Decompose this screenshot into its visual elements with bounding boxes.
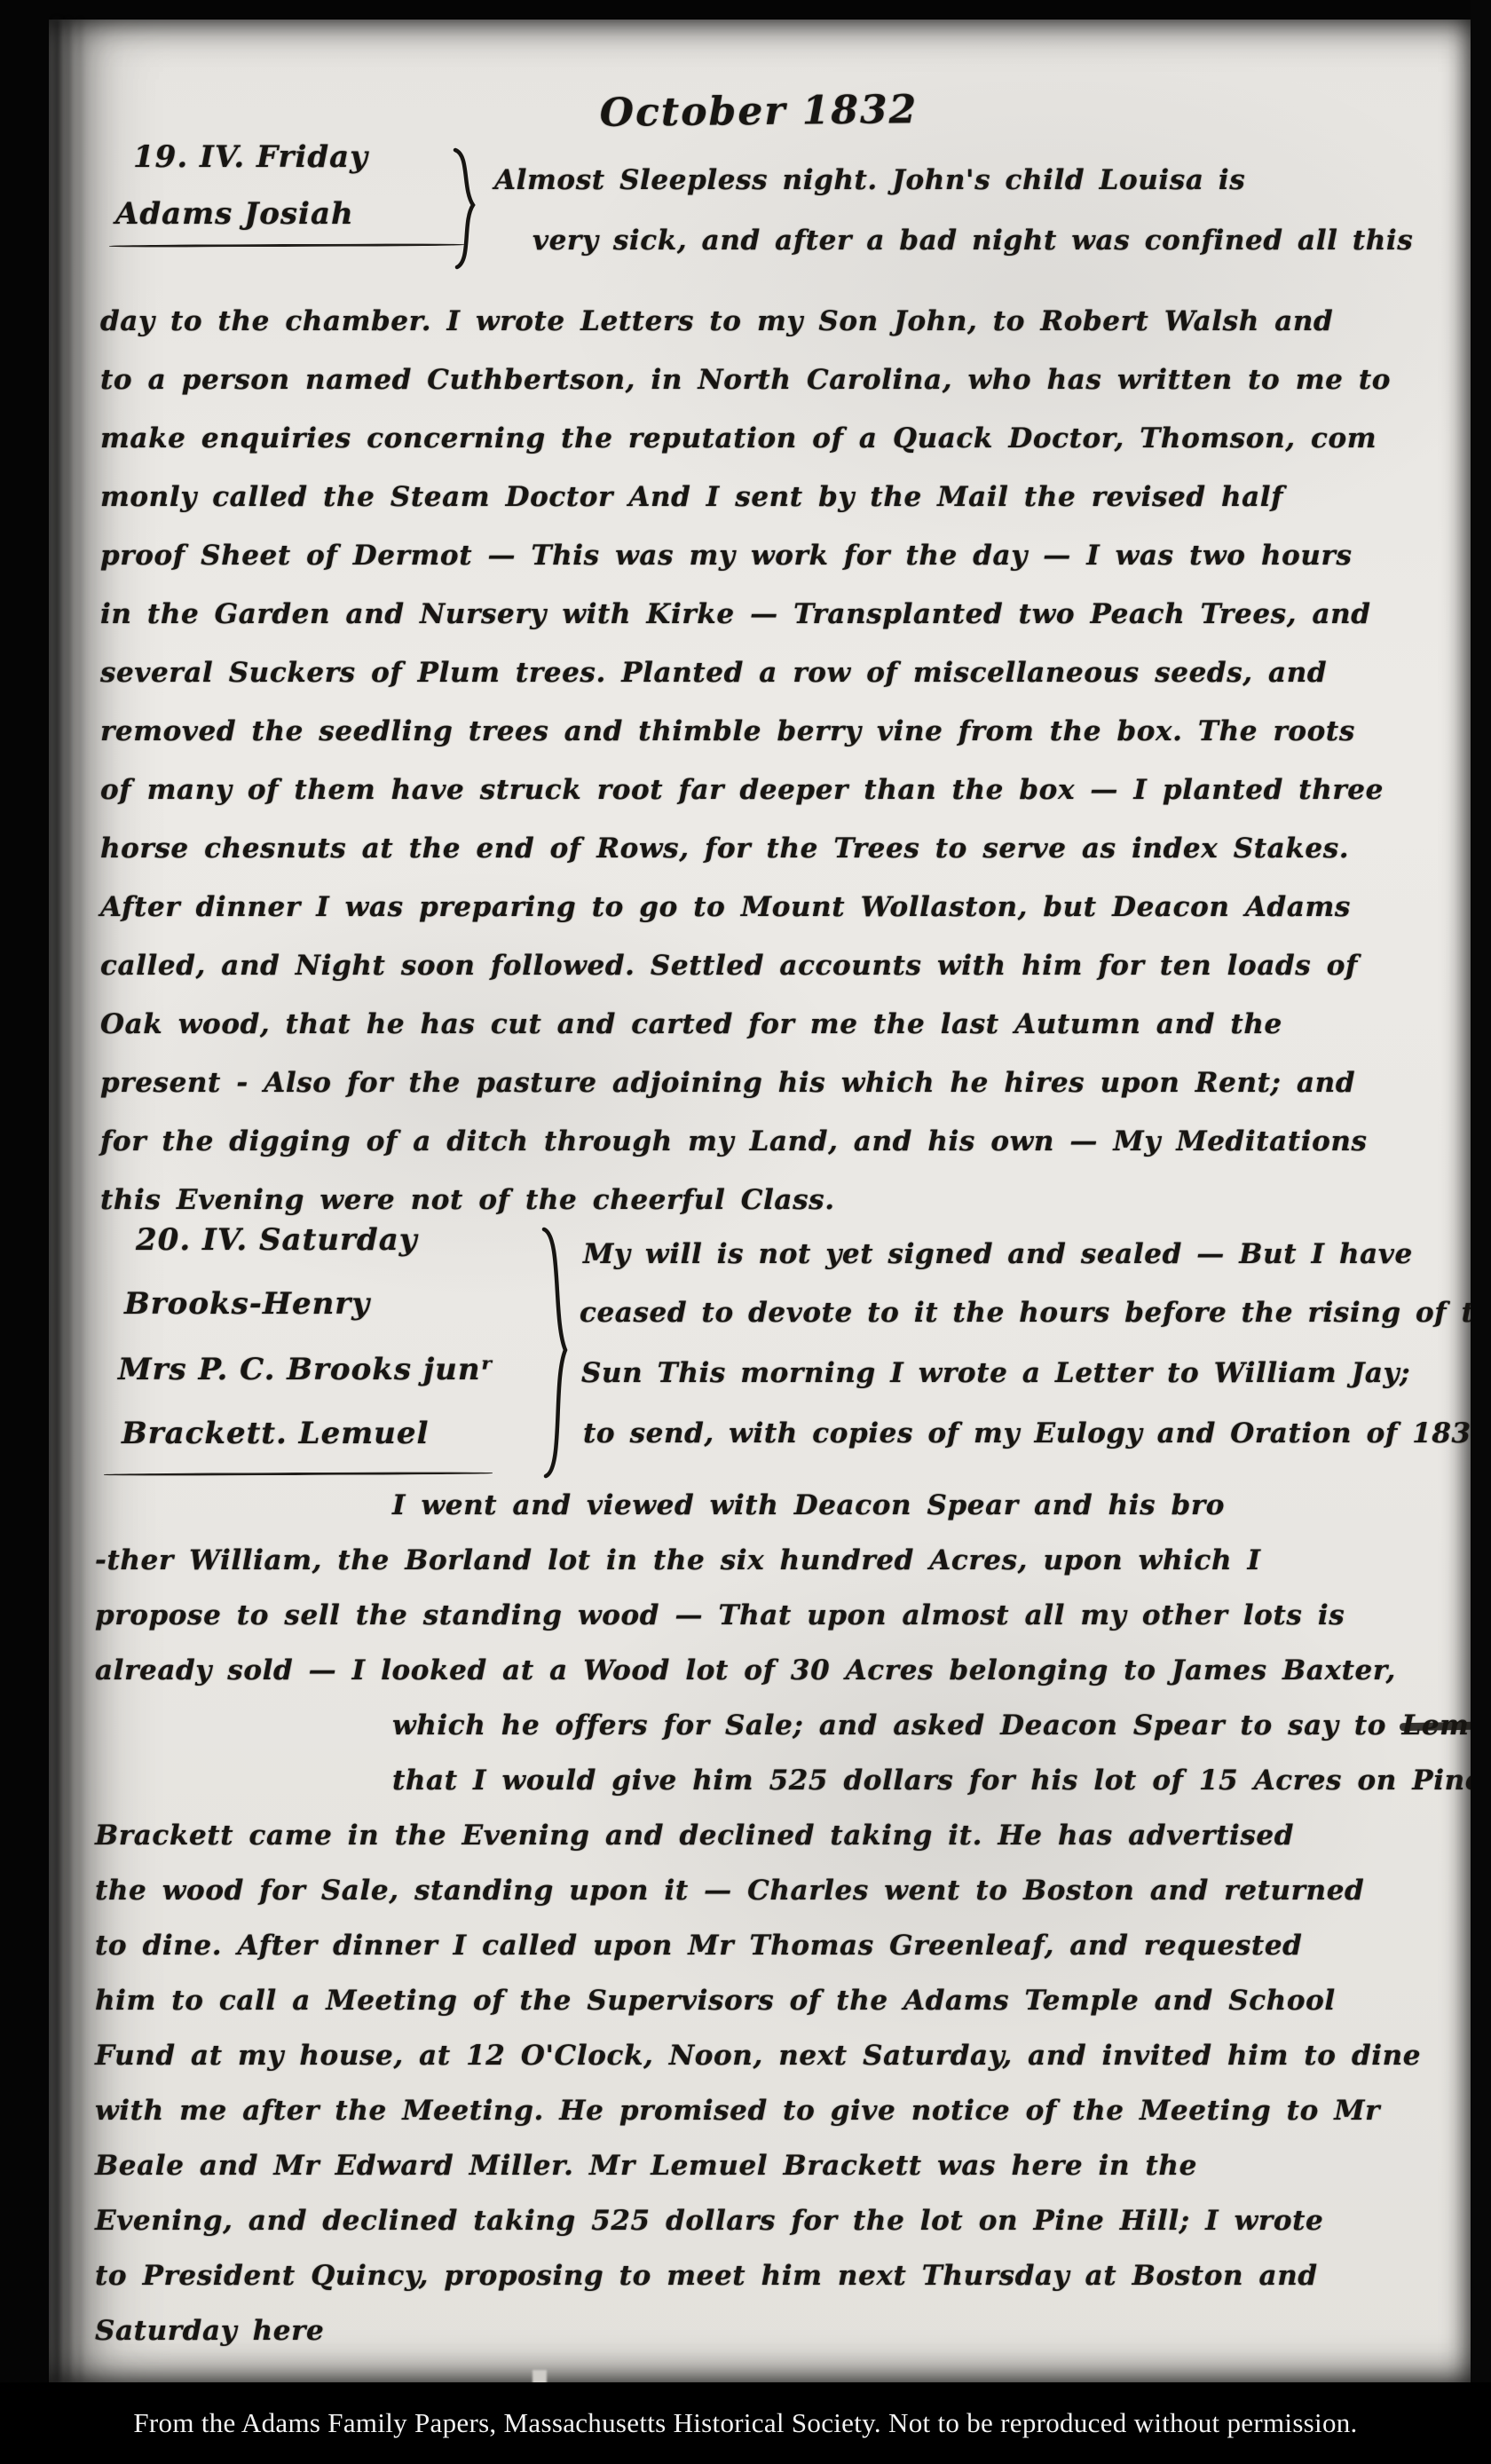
manuscript-line: day to the chamber. I wrote Letters to m… <box>100 292 1414 351</box>
manuscript-line: present - Also for the pasture adjoining… <box>100 1054 1414 1112</box>
manuscript-line: After dinner I was preparing to go to Mo… <box>100 878 1414 936</box>
manuscript-line: this Evening were not of the cheerful Cl… <box>100 1171 1414 1229</box>
diary-entry-oct-20: 20. IV. Saturday Brooks-Henry Mrs P. C. … <box>49 1222 1471 2367</box>
entry-body: that I would give him 525 dollars for hi… <box>95 1753 1408 2358</box>
manuscript-line: in the Garden and Nursery with Kirke — T… <box>100 585 1414 644</box>
manuscript-line: monly called the Steam Doctor And I sent… <box>100 468 1414 526</box>
manuscript-line: proof Sheet of Dermot — This was my work… <box>100 526 1414 585</box>
manuscript-line: Evening, and declined taking 525 dollars… <box>95 2193 1408 2248</box>
manuscript-line: Beale and Mr Edward Miller. Mr Lemuel Br… <box>95 2138 1408 2193</box>
entry-name-line: Mrs P. C. Brooks junʳ <box>118 1352 494 1387</box>
manuscript-line: several Suckers of Plum trees. Planted a… <box>100 644 1414 702</box>
manuscript-paper: October 1832 19. IV. Friday Adams Josiah… <box>49 20 1471 2382</box>
manuscript-line: removed the seedling trees and thimble b… <box>100 702 1414 761</box>
curly-brace-icon <box>450 146 485 271</box>
manuscript-line: My will is not yet signed and sealed — B… <box>583 1238 1413 1270</box>
manuscript-line: ceased to devote to it the hours before … <box>580 1297 1491 1329</box>
diary-entry-oct-19: 19. IV. Friday Adams Josiah Almost Sleep… <box>49 139 1471 1213</box>
manuscript-line: very sick, and after a bad night was con… <box>532 225 1413 257</box>
entry-name-line: Brooks-Henry <box>124 1286 370 1322</box>
manuscript-line: to dine. After dinner I called upon Mr T… <box>95 1918 1408 1973</box>
strike-line-row: which he offers for Sale; and asked Deac… <box>95 1698 1408 1753</box>
manuscript-line: to send, with copies of my Eulogy and Or… <box>583 1418 1491 1449</box>
archive-caption: From the Adams Family Papers, Massachuse… <box>133 2407 1357 2439</box>
manuscript-line: Oak wood, that he has cut and carted for… <box>100 995 1414 1054</box>
manuscript-line: Almost Sleepless night. John's child Lou… <box>494 164 1245 196</box>
manuscript-line: to President Quincy, proposing to meet h… <box>95 2248 1408 2303</box>
scan-right-edge <box>1471 0 1491 2382</box>
caption-bar: From the Adams Family Papers, Massachuse… <box>0 2382 1491 2464</box>
manuscript-line: Brackett came in the Evening and decline… <box>95 1808 1408 1863</box>
manuscript-line: with me after the Meeting. He promised t… <box>95 2083 1408 2138</box>
manuscript-line: propose to sell the standing wood — That… <box>95 1588 1408 1643</box>
entry-name-line: Adams Josiah <box>115 196 354 232</box>
manuscript-line: I went and viewed with Deacon Spear and … <box>95 1478 1408 1533</box>
manuscript-line: horse chesnuts at the end of Rows, for t… <box>100 819 1414 878</box>
manuscript-line: Saturday here <box>95 2303 1408 2358</box>
entry-name-line: Brackett. Lemuel <box>122 1416 429 1451</box>
entry-date-line: 20. IV. Saturday <box>136 1222 417 1258</box>
strike-line-before: which he offers for Sale; and asked Deac… <box>392 1710 1401 1741</box>
heading-underline <box>104 1472 493 1476</box>
manuscript-line: Fund at my house, at 12 O'Clock, Noon, n… <box>95 2028 1408 2083</box>
manuscript-line: of many of them have struck root far dee… <box>100 761 1414 819</box>
manuscript-line: called, and Night soon followed. Settled… <box>100 936 1414 995</box>
manuscript-line: which he offers for Sale; and asked Deac… <box>95 1698 1408 1753</box>
manuscript-line: the wood for Sale, standing upon it — Ch… <box>95 1863 1408 1918</box>
manuscript-line: Sun This morning I wrote a Letter to Wil… <box>581 1357 1410 1389</box>
entry-body: I went and viewed with Deacon Spear and … <box>95 1478 1408 1698</box>
curly-brace-icon <box>539 1224 578 1481</box>
entry-date-line: 19. IV. Friday <box>133 139 368 175</box>
manuscript-line: for the digging of a ditch through my La… <box>100 1112 1414 1171</box>
entry-body: day to the chamber. I wrote Letters to m… <box>100 292 1414 1229</box>
manuscript-line: to a person named Cuthbertson, in North … <box>100 351 1414 409</box>
manuscript-line: that I would give him 525 dollars for hi… <box>95 1753 1408 1808</box>
page-date-header: October 1832 <box>510 86 1008 137</box>
manuscript-line: already sold — I looked at a Wood lot of… <box>95 1643 1408 1698</box>
heading-underline <box>109 243 464 248</box>
manuscript-line: make enquiries concerning the reputation… <box>100 409 1414 468</box>
scanned-manuscript-page: { "header": { "date": "October 1832" }, … <box>0 0 1491 2464</box>
manuscript-line: him to call a Meeting of the Supervisors… <box>95 1973 1408 2028</box>
manuscript-line: -ther William, the Borland lot in the si… <box>95 1533 1408 1588</box>
